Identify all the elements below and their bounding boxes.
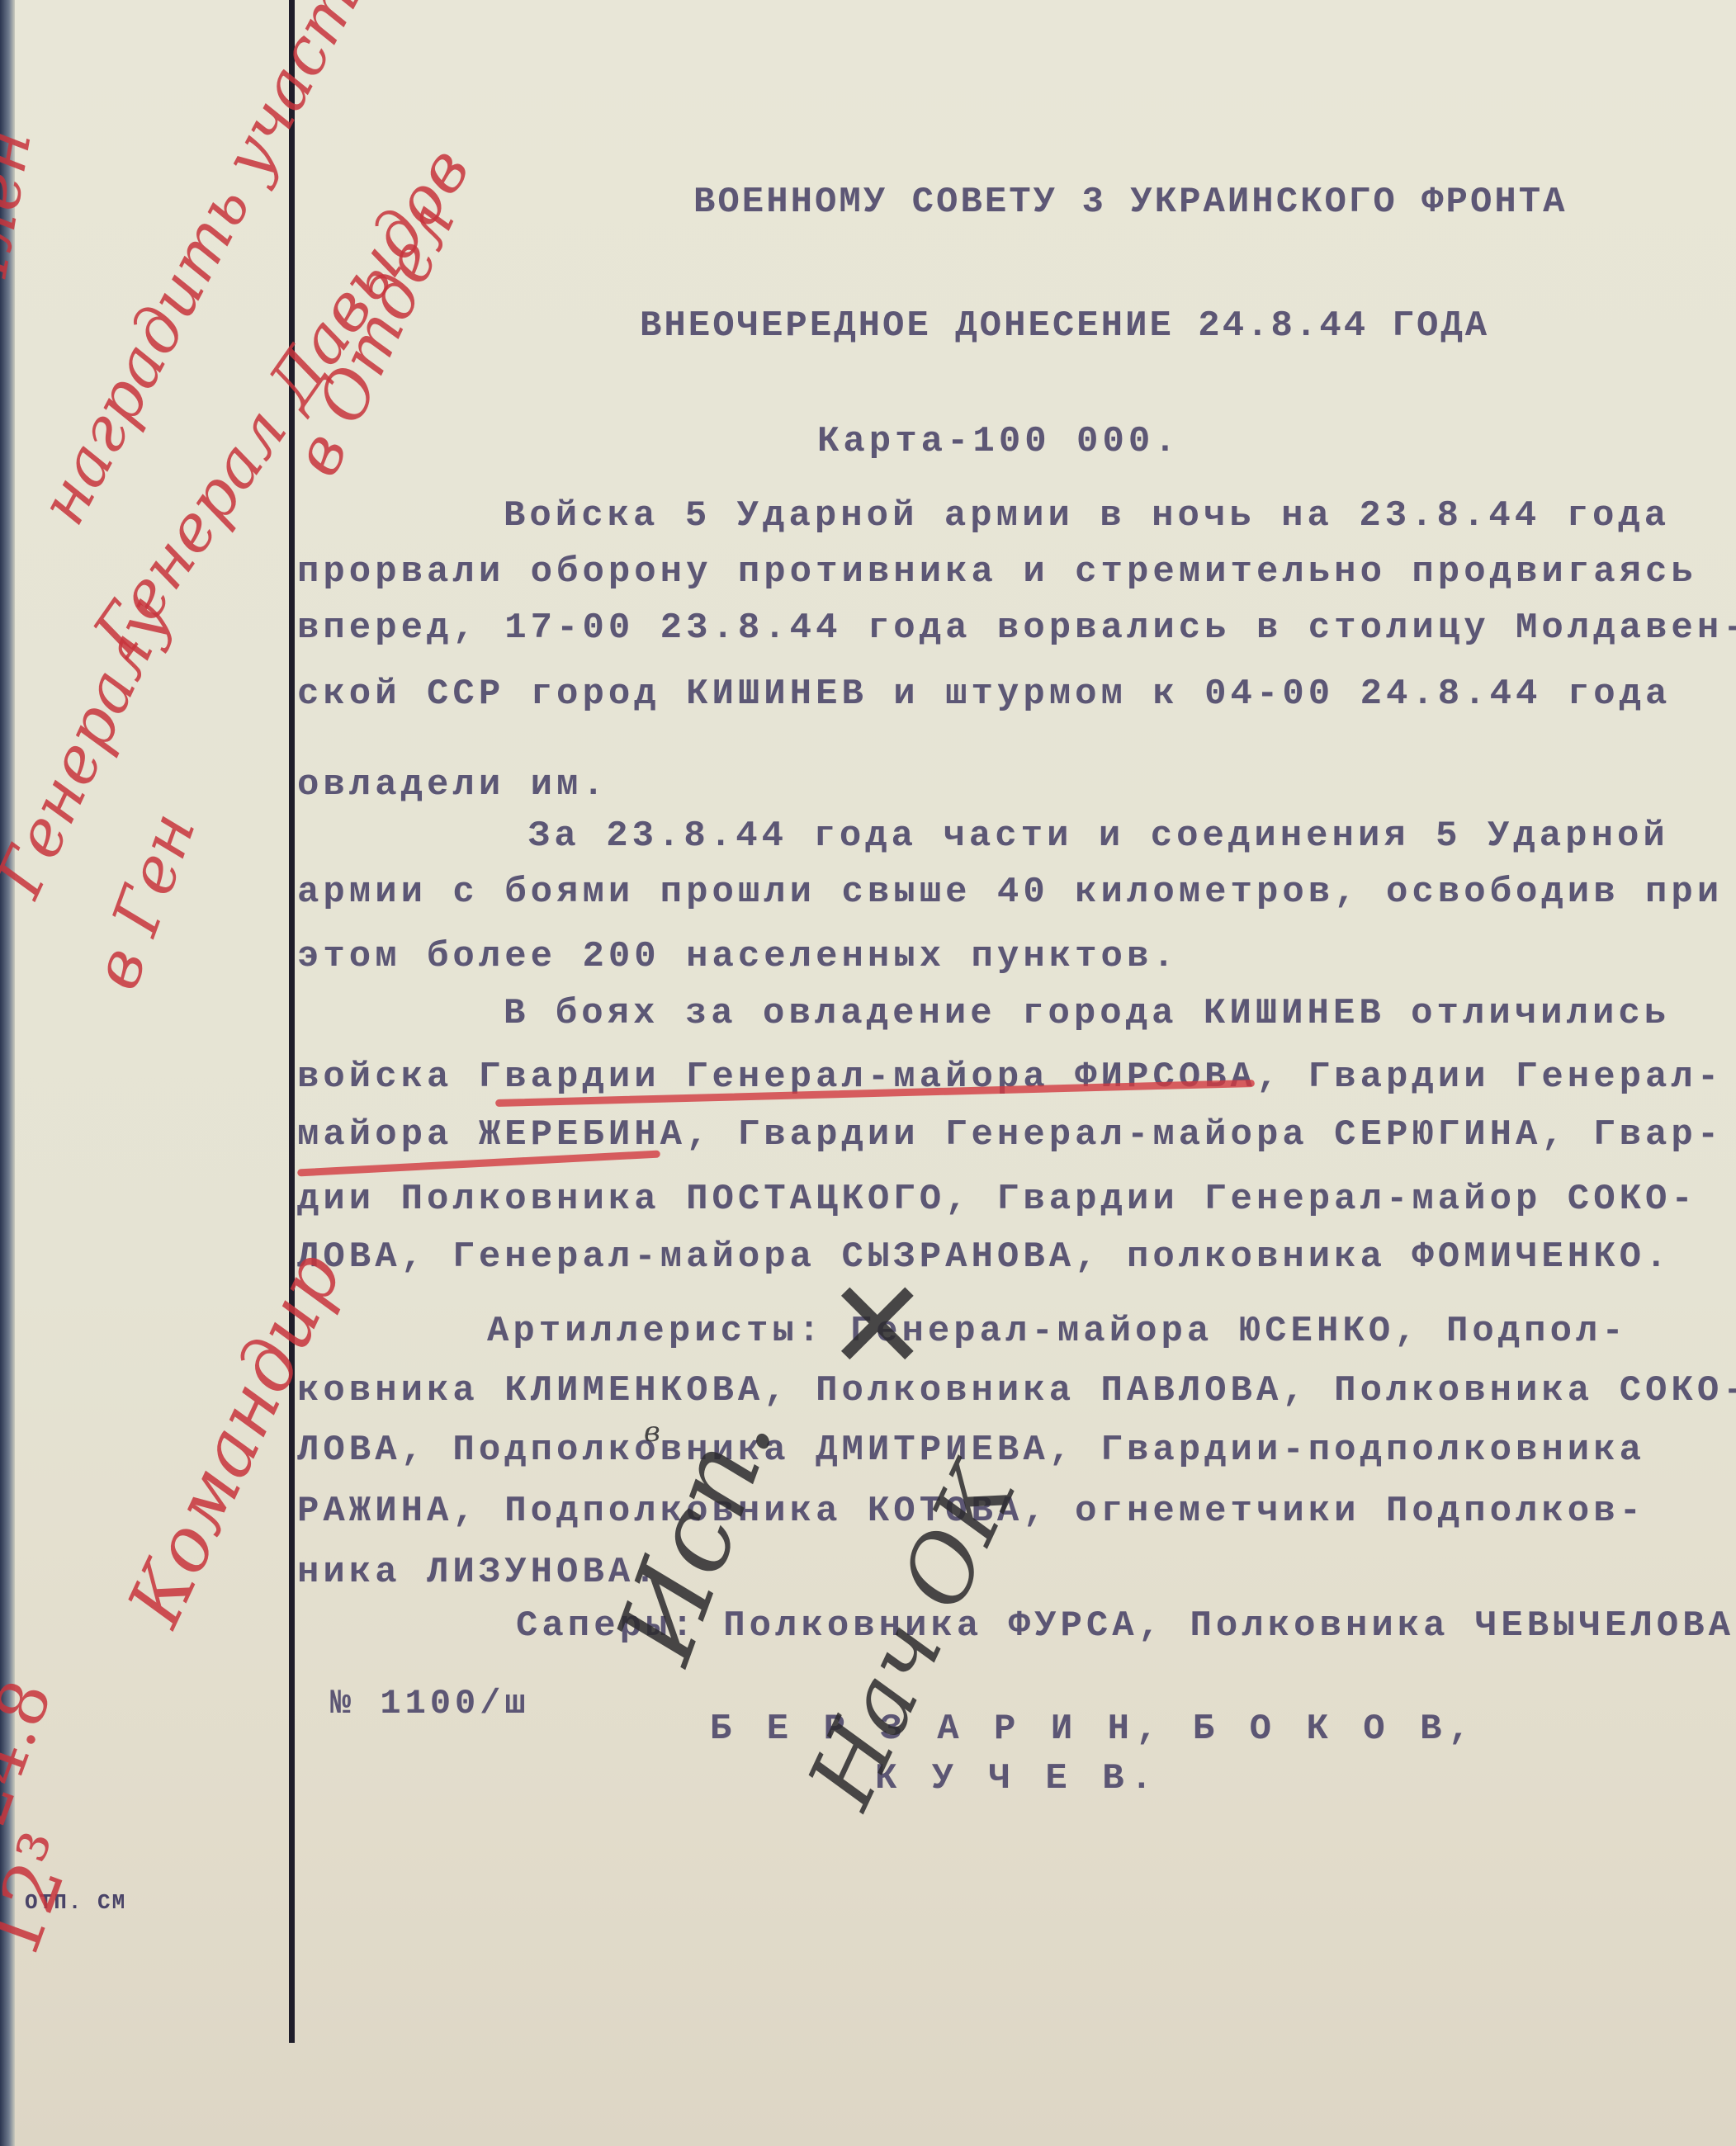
body-line: Артиллеристы: Генерал-майора ЮСЕНКО, Под… — [487, 1311, 1628, 1352]
body-line: армии с боями прошли свыше 40 километров… — [297, 872, 1723, 913]
margin-line — [289, 0, 295, 2043]
body-line: ковника КЛИМЕНКОВА, Полковника ПАВЛОВА, … — [297, 1370, 1736, 1411]
body-line: ской ССР город КИШИНЕВ и штурмом к 04-00… — [297, 674, 1671, 715]
body-line: Войска 5 Ударной армии в ночь на 23.8.44… — [504, 495, 1670, 536]
body-line: дии Полковника ПОСТАЦКОГО, Гвардии Генер… — [297, 1179, 1697, 1220]
map-scale: Карта-100 000. — [817, 421, 1180, 462]
signature-line-2: К У Ч Е В. — [875, 1758, 1159, 1799]
insert-mark: в — [644, 1416, 660, 1449]
body-line: ЛОВА, Генерал-майора СЫЗРАНОВА, полковни… — [297, 1236, 1671, 1278]
document-title: ВНЕОЧЕРЕДНОЕ ДОНЕСЕНИЕ 24.8.44 ГОДА — [640, 305, 1489, 347]
body-line: В боях за овладение города КИШИНЕВ отлич… — [504, 993, 1670, 1034]
document-page: ВОЕННОМУ СОВЕТУ 3 УКРАИНСКОГО ФРОНТА ВНЕ… — [0, 0, 1736, 2146]
body-line: ника ЛИЗУНОВА. — [297, 1552, 660, 1593]
body-line: этом более 200 населенных пунктов. — [297, 936, 1179, 977]
body-line: За 23.8.44 года части и соединения 5 Уда… — [528, 815, 1669, 857]
body-line: прорвали оборону противника и стремитель… — [297, 551, 1697, 593]
document-number: № 1100/ш — [330, 1684, 530, 1723]
body-line: вперед, 17-00 23.8.44 года ворвались в с… — [297, 607, 1736, 649]
pencil-cross-mark: ✕ — [825, 1255, 929, 1398]
addressee: ВОЕННОМУ СОВЕТУ 3 УКРАИНСКОГО ФРОНТА — [693, 182, 1568, 223]
red-date: 24.8 — [0, 1671, 67, 1835]
body-line: овладели им. — [297, 764, 608, 806]
red-annotation: в Ген — [78, 803, 210, 999]
red-annotation: Член — [0, 124, 46, 305]
body-line: майора ЖЕРЕБИНА, Гвардии Генерал-майора … — [297, 1114, 1723, 1156]
